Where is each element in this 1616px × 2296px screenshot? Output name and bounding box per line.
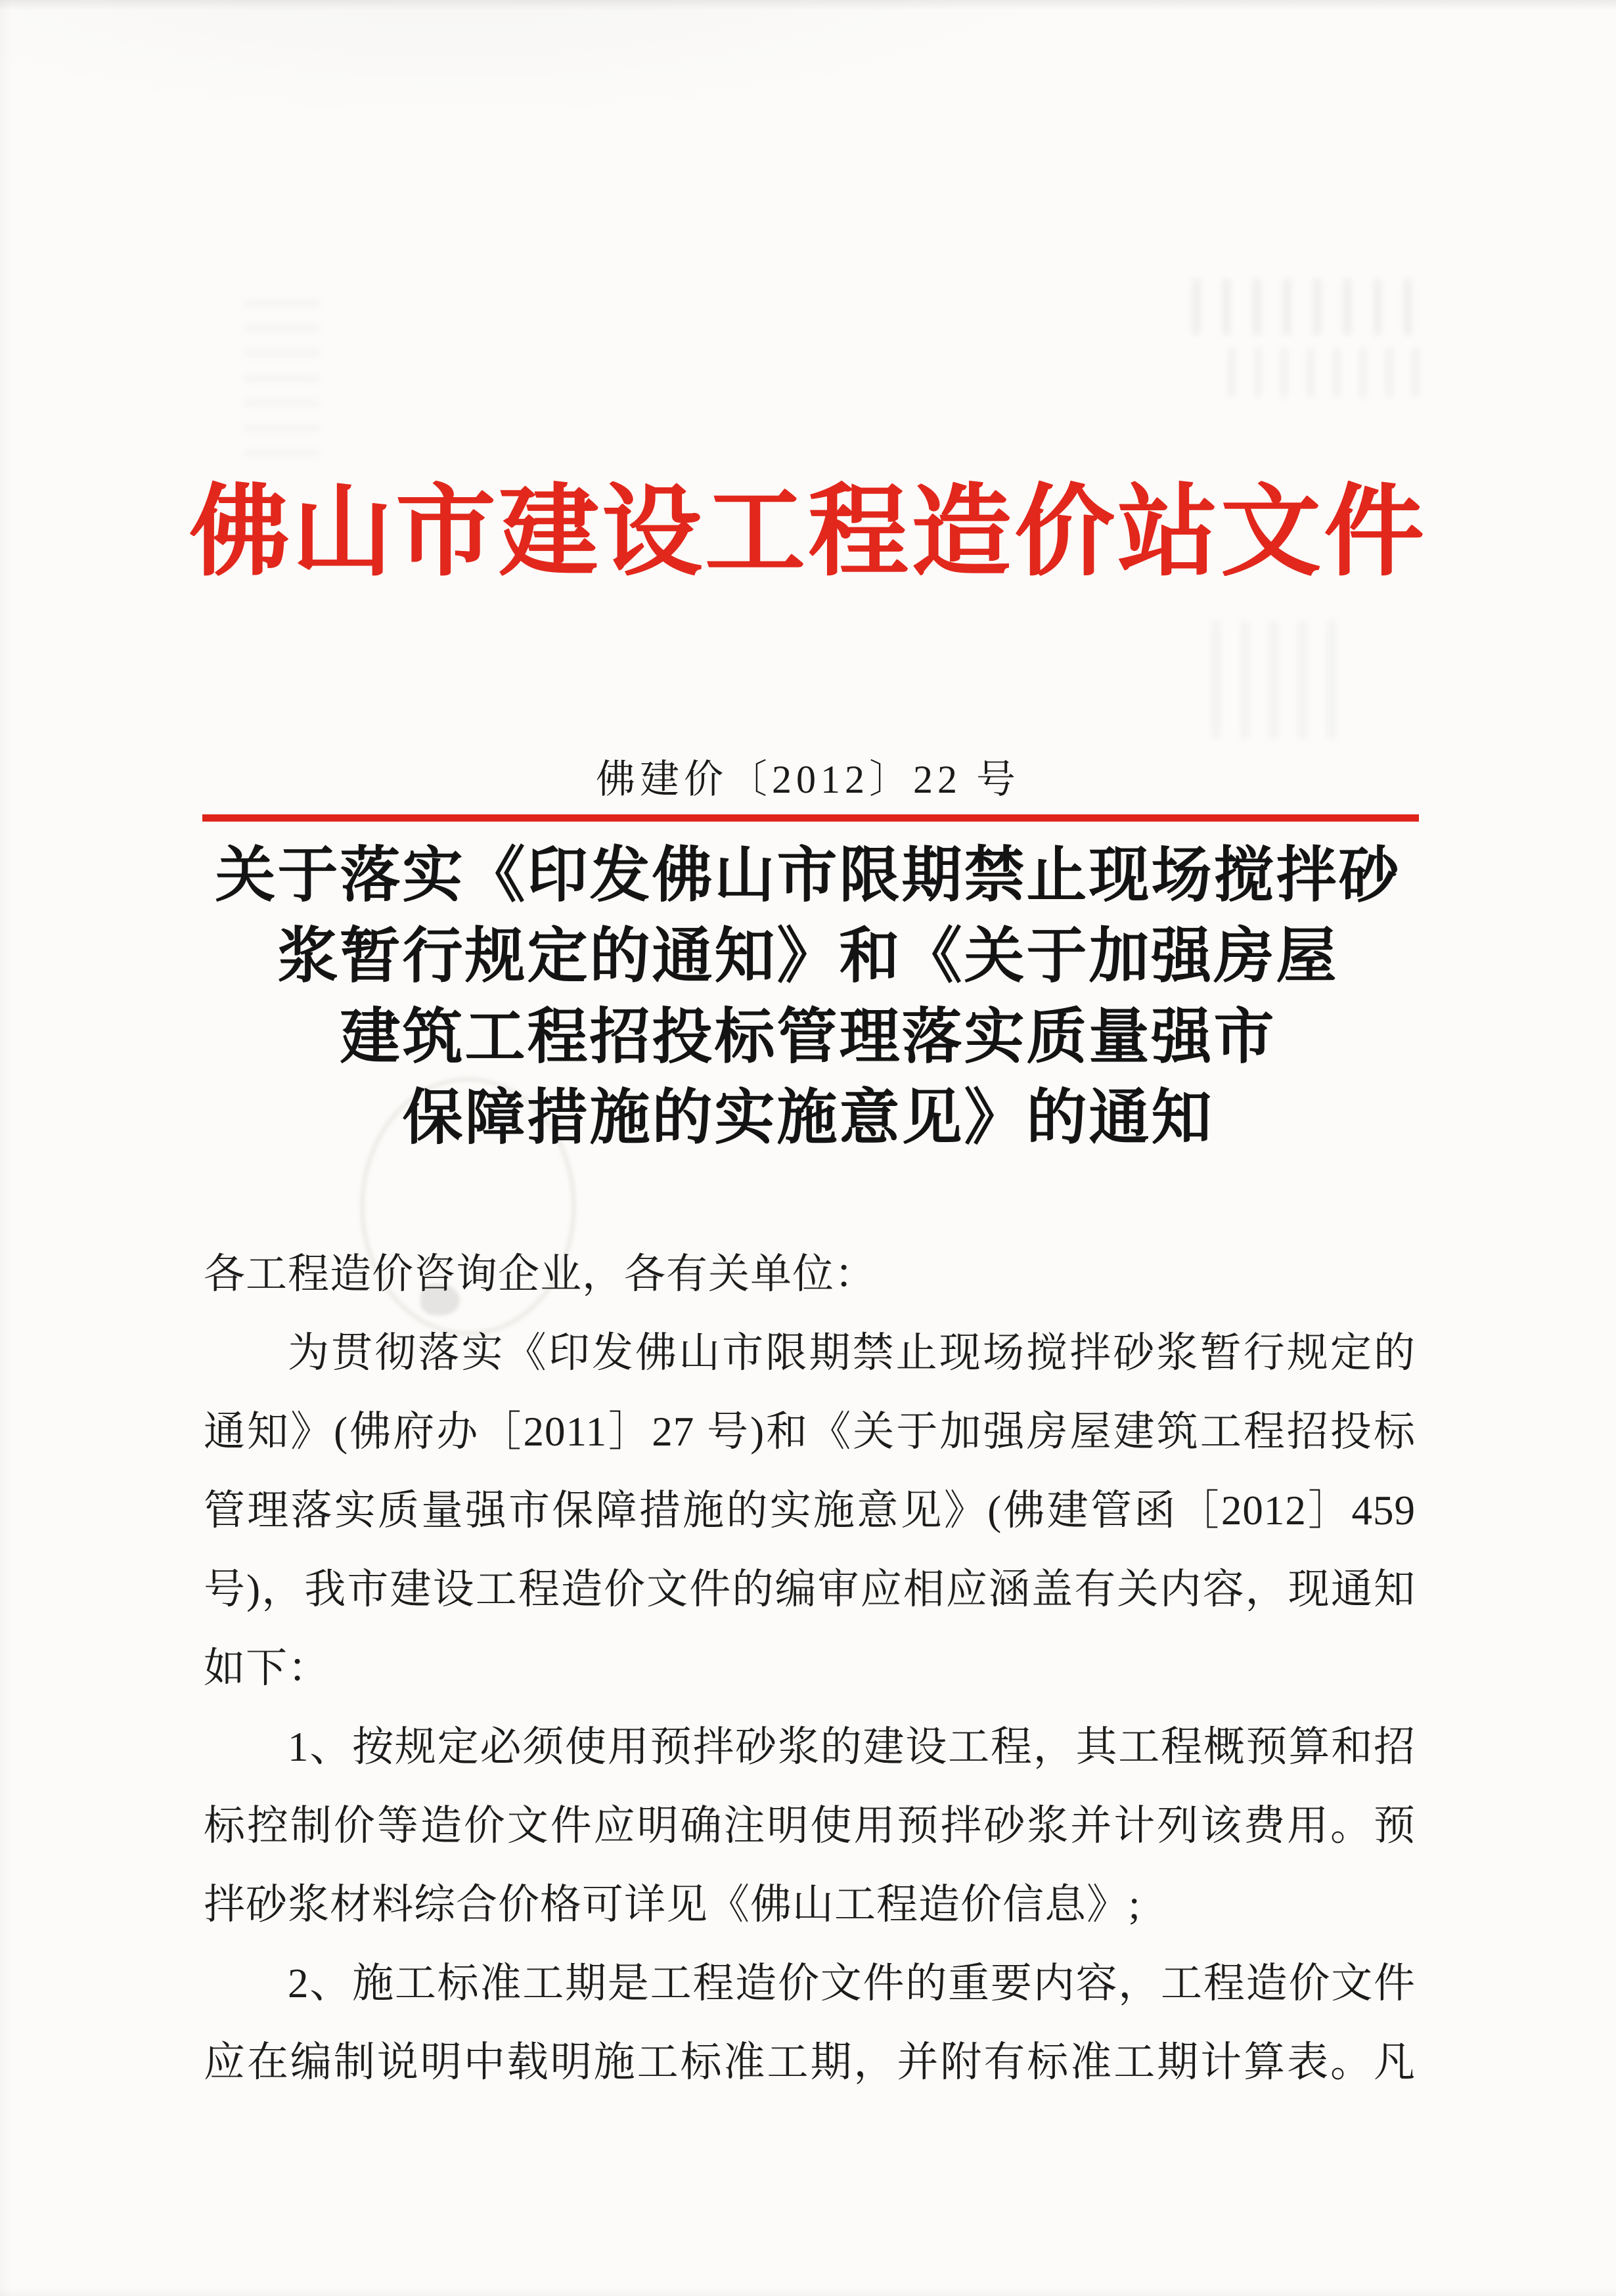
- body-line: 标控制价等造价文件应明确注明使用预拌砂浆并计列该费用。预: [204, 1786, 1416, 1865]
- document-title-line: 浆暂行规定的通知》和《关于加强房屋: [118, 916, 1498, 997]
- document-page: 佛山市建设工程造价站文件 佛建价〔2012〕22 号 关于落实《印发佛山市限期禁…: [0, 0, 1616, 2296]
- body-line: 拌砂浆材料综合价格可详见《佛山工程造价信息》;: [204, 1865, 1416, 1944]
- body-line: 2、施工标准工期是工程造价文件的重要内容，工程造价文件: [204, 1944, 1416, 2023]
- bleed-through-mark: [1192, 279, 1422, 335]
- document-title-line: 保障措施的实施意见》的通知: [118, 1078, 1498, 1159]
- body-line: 管理落实质量强市保障措施的实施意见》(佛建管函［2012］459: [204, 1471, 1416, 1550]
- document-number: 佛建价〔2012〕22 号: [0, 754, 1616, 805]
- red-divider-line: [202, 814, 1419, 822]
- bleed-through-mark: [244, 282, 320, 456]
- document-title-line: 关于落实《印发佛山市限期禁止现场搅拌砂: [118, 835, 1498, 916]
- bleed-through-mark: [1228, 348, 1425, 397]
- body-line: 各工程造价咨询企业，各有关单位：: [204, 1235, 1416, 1314]
- body-line: 如下：: [204, 1629, 1416, 1708]
- body-line: 号)，我市建设工程造价文件的编审应相应涵盖有关内容，现通知: [204, 1550, 1416, 1629]
- body-line: 为贯彻落实《印发佛山市限期禁止现场搅拌砂浆暂行规定的: [204, 1314, 1416, 1392]
- body-line: 应在编制说明中载明施工标准工期，并附有标准工期计算表。凡: [204, 2023, 1416, 2102]
- document-body: 各工程造价咨询企业，各有关单位：为贯彻落实《印发佛山市限期禁止现场搅拌砂浆暂行规…: [204, 1235, 1416, 2102]
- body-line: 1、按规定必须使用预拌砂浆的建设工程，其工程概预算和招: [204, 1708, 1416, 1786]
- body-line: 通知》(佛府办［2011］27 号)和《关于加强房屋建筑工程招投标: [204, 1392, 1416, 1471]
- bleed-through-mark: [1212, 621, 1353, 739]
- document-title-line: 建筑工程招投标管理落实质量强市: [118, 997, 1498, 1078]
- document-title: 关于落实《印发佛山市限期禁止现场搅拌砂浆暂行规定的通知》和《关于加强房屋建筑工程…: [118, 835, 1498, 1159]
- letterhead-title: 佛山市建设工程造价站文件: [0, 474, 1616, 591]
